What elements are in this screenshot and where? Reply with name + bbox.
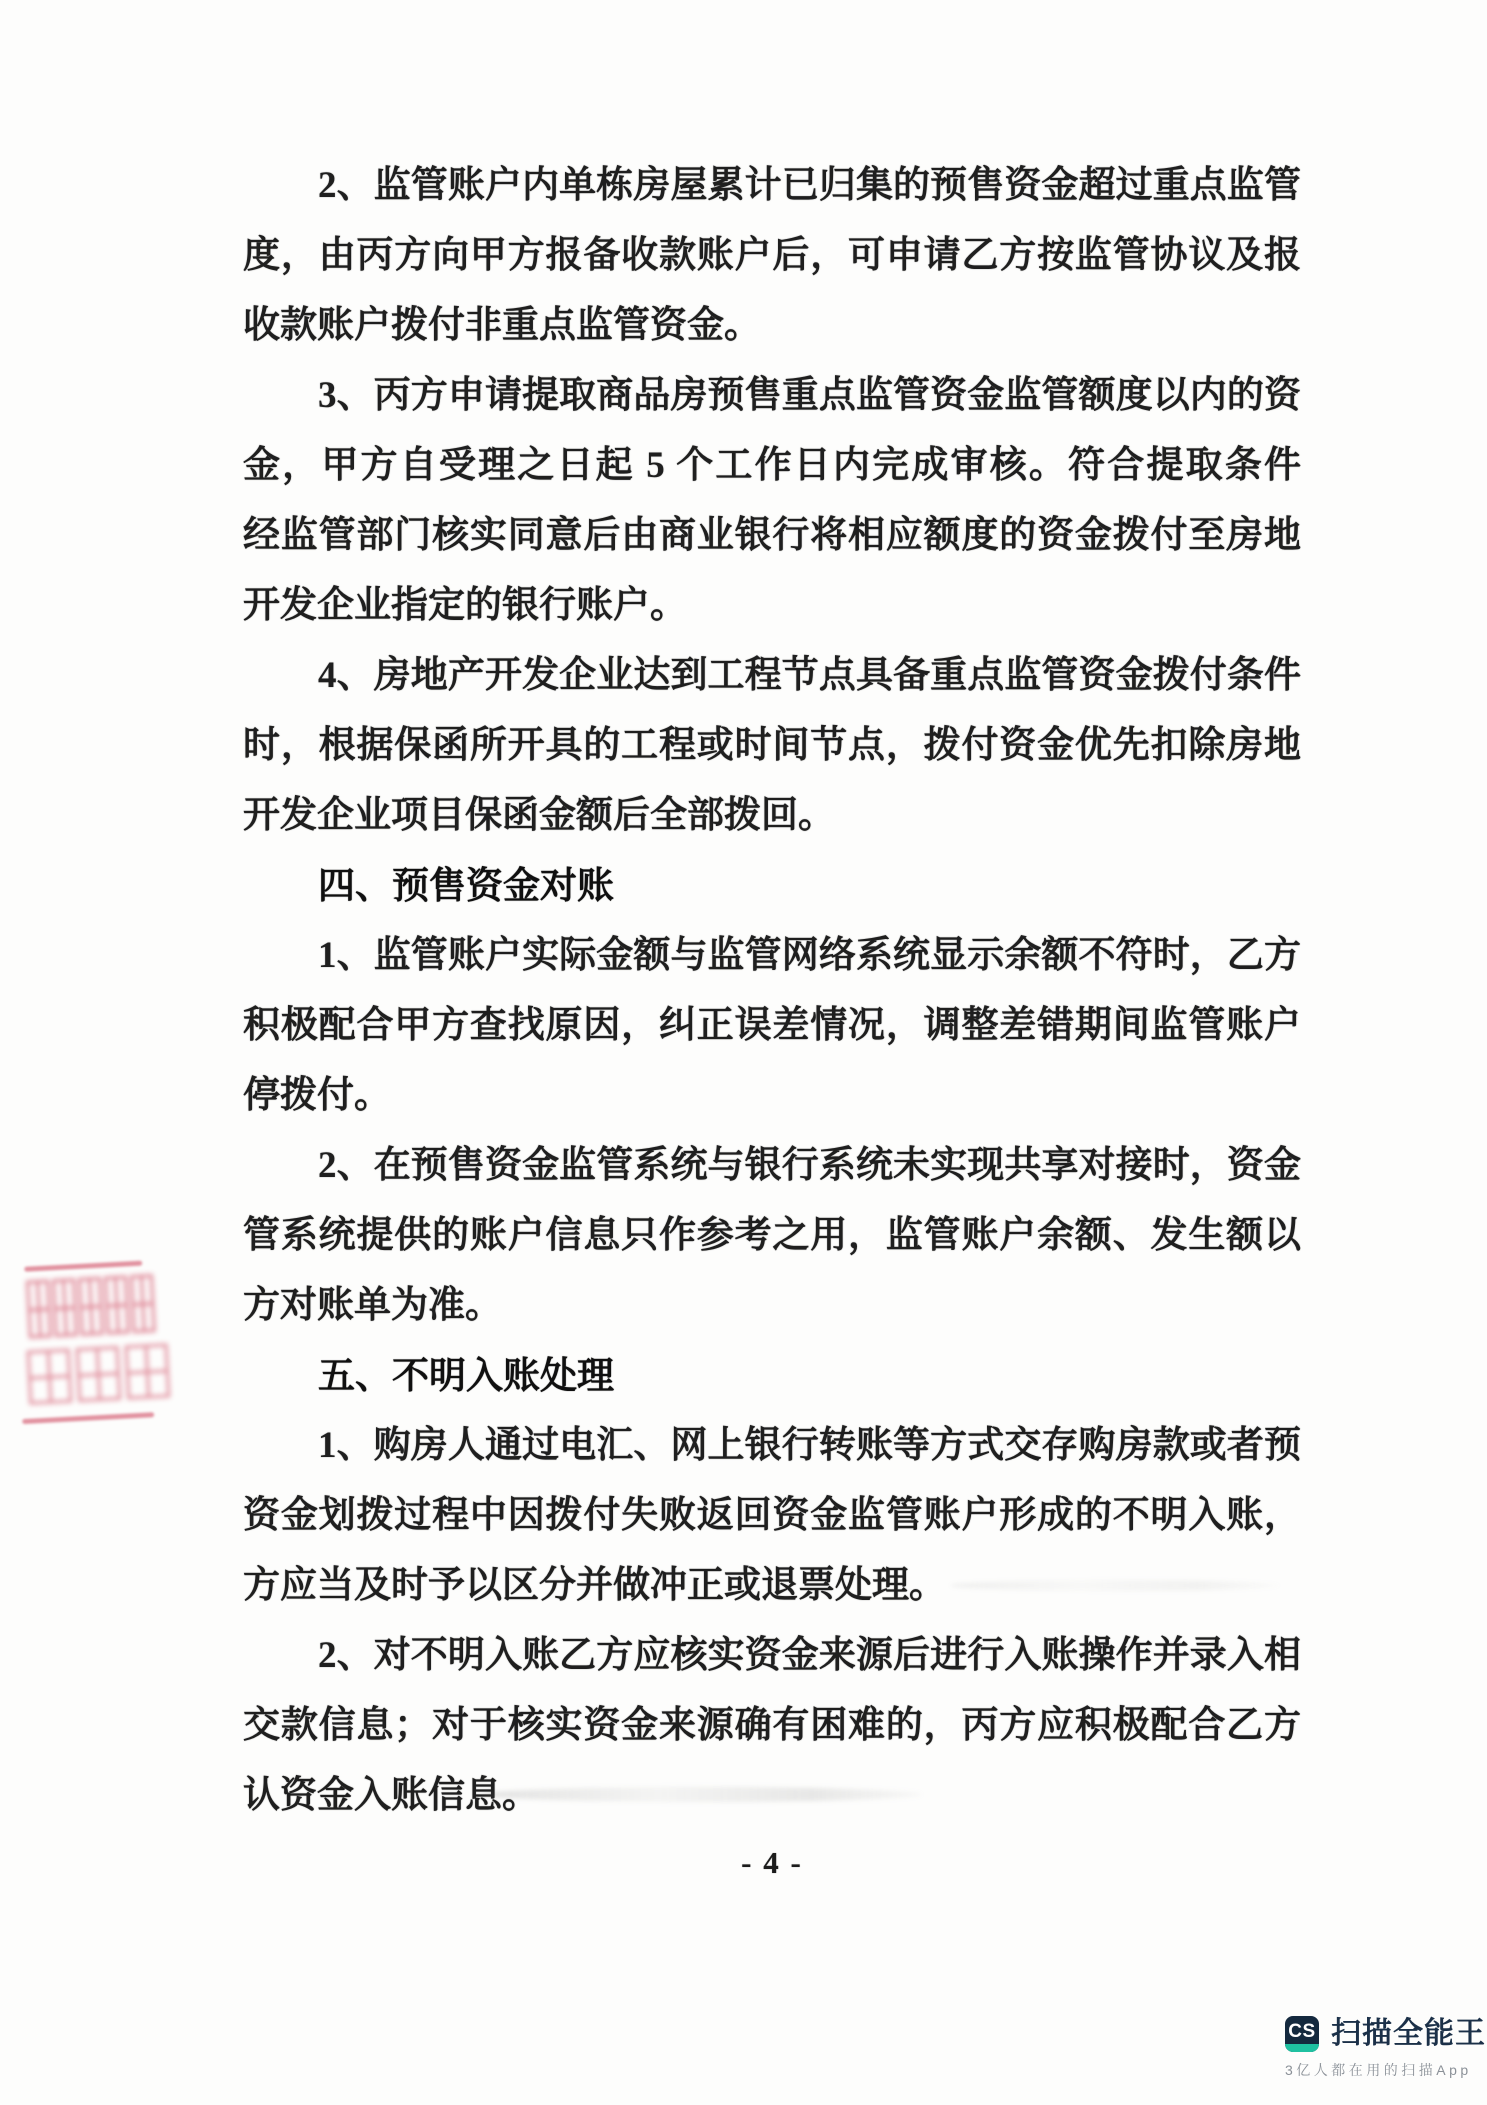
stamp-glyph (26, 1280, 52, 1339)
text-line: 方对账单为准。 (243, 1271, 1301, 1341)
section-heading: 五、不明入账处理 (243, 1341, 1301, 1411)
text-line: 2、监管账户内单栋房屋累计已归集的预售资金超过重点监管额 (243, 151, 1301, 221)
stamp-row (27, 1343, 171, 1404)
stamp-glyph (27, 1349, 73, 1405)
camscanner-icon-teal-strip (1285, 2044, 1319, 2052)
text-line: 开发企业项目保函金额后全部拨回。 (243, 781, 1301, 851)
text-line: 管系统提供的账户信息只作参考之用，监管账户余额、发生额以乙 (243, 1201, 1301, 1271)
document-body: 2、监管账户内单栋房屋累计已归集的预售资金超过重点监管额度，由丙方向甲方报备收款… (243, 151, 1301, 1831)
camscanner-icon-label: CS (1288, 2022, 1315, 2041)
text-line: 度，由丙方向甲方报备收款账户后，可申请乙方按监管协议及报备 (243, 221, 1301, 291)
text-line: 2、在预售资金监管系统与银行系统未实现共享对接时，资金监 (243, 1131, 1301, 1201)
scan-smudge (482, 1787, 922, 1802)
scan-smudge (950, 1580, 1280, 1591)
stamp-row (26, 1274, 156, 1339)
text-line: 1、监管账户实际金额与监管网络系统显示余额不符时，乙方应 (243, 921, 1301, 991)
text-line: 经监管部门核实同意后由商业银行将相应额度的资金拨付至房地产 (243, 501, 1301, 571)
stamp-bottom-line (22, 1412, 154, 1424)
text-line: 3、丙方申请提取商品房预售重点监管资金监管额度以内的资 (243, 361, 1301, 431)
text-line: 时，根据保函所开具的工程或时间节点，拨付资金优先扣除房地产 (243, 711, 1301, 781)
camscanner-logo-row: CS 扫描全能王™ (1285, 2016, 1487, 2052)
stamp-glyph (124, 1343, 170, 1399)
stamp-glyph (76, 1346, 122, 1402)
text-line: 资金划拨过程中因拨付失败返回资金监管账户形成的不明入账，丙 (243, 1481, 1301, 1551)
brand-tagline: 3亿人都在用的扫描App (1285, 2060, 1487, 2080)
scanned-document-page: 2、监管账户内单栋房屋累计已归集的预售资金超过重点监管额度，由丙方向甲方报备收款… (0, 0, 1487, 2105)
red-stamp (0, 1244, 157, 1433)
stamp-glyph (104, 1275, 130, 1334)
camscanner-watermark: CS 扫描全能王™ 3亿人都在用的扫描App (1285, 2016, 1487, 2080)
text-line: 积极配合甲方查找原因，纠正误差情况，调整差错期间监管账户暂 (243, 991, 1301, 1061)
stamp-glyph (78, 1277, 104, 1336)
brand-name: 扫描全能王™ (1331, 2019, 1487, 2049)
text-line: 收款账户拨付非重点监管资金。 (243, 291, 1301, 361)
section-heading: 四、预售资金对账 (243, 851, 1301, 921)
page-number: - 4 - (243, 1845, 1301, 1881)
text-line: 交款信息；对于核实资金来源确有困难的，丙方应积极配合乙方确 (243, 1691, 1301, 1761)
stamp-glyph (130, 1274, 156, 1333)
stamp-glyph (52, 1278, 78, 1337)
brand-name-text: 扫描全能王 (1331, 2017, 1486, 2050)
text-line: 停拨付。 (243, 1061, 1301, 1131)
camscanner-icon: CS (1285, 2016, 1319, 2052)
text-line: 开发企业指定的银行账户。 (243, 571, 1301, 641)
text-line: 2、对不明入账乙方应核实资金来源后进行入账操作并录入相应 (243, 1621, 1301, 1691)
stamp-top-line (24, 1261, 142, 1272)
text-line: 金，甲方自受理之日起 5 个工作日内完成审核。符合提取条件的， (243, 431, 1301, 501)
text-line: 1、购房人通过电汇、网上银行转账等方式交存购房款或者预售 (243, 1411, 1301, 1481)
text-line: 4、房地产开发企业达到工程节点具备重点监管资金拨付条件 (243, 641, 1301, 711)
